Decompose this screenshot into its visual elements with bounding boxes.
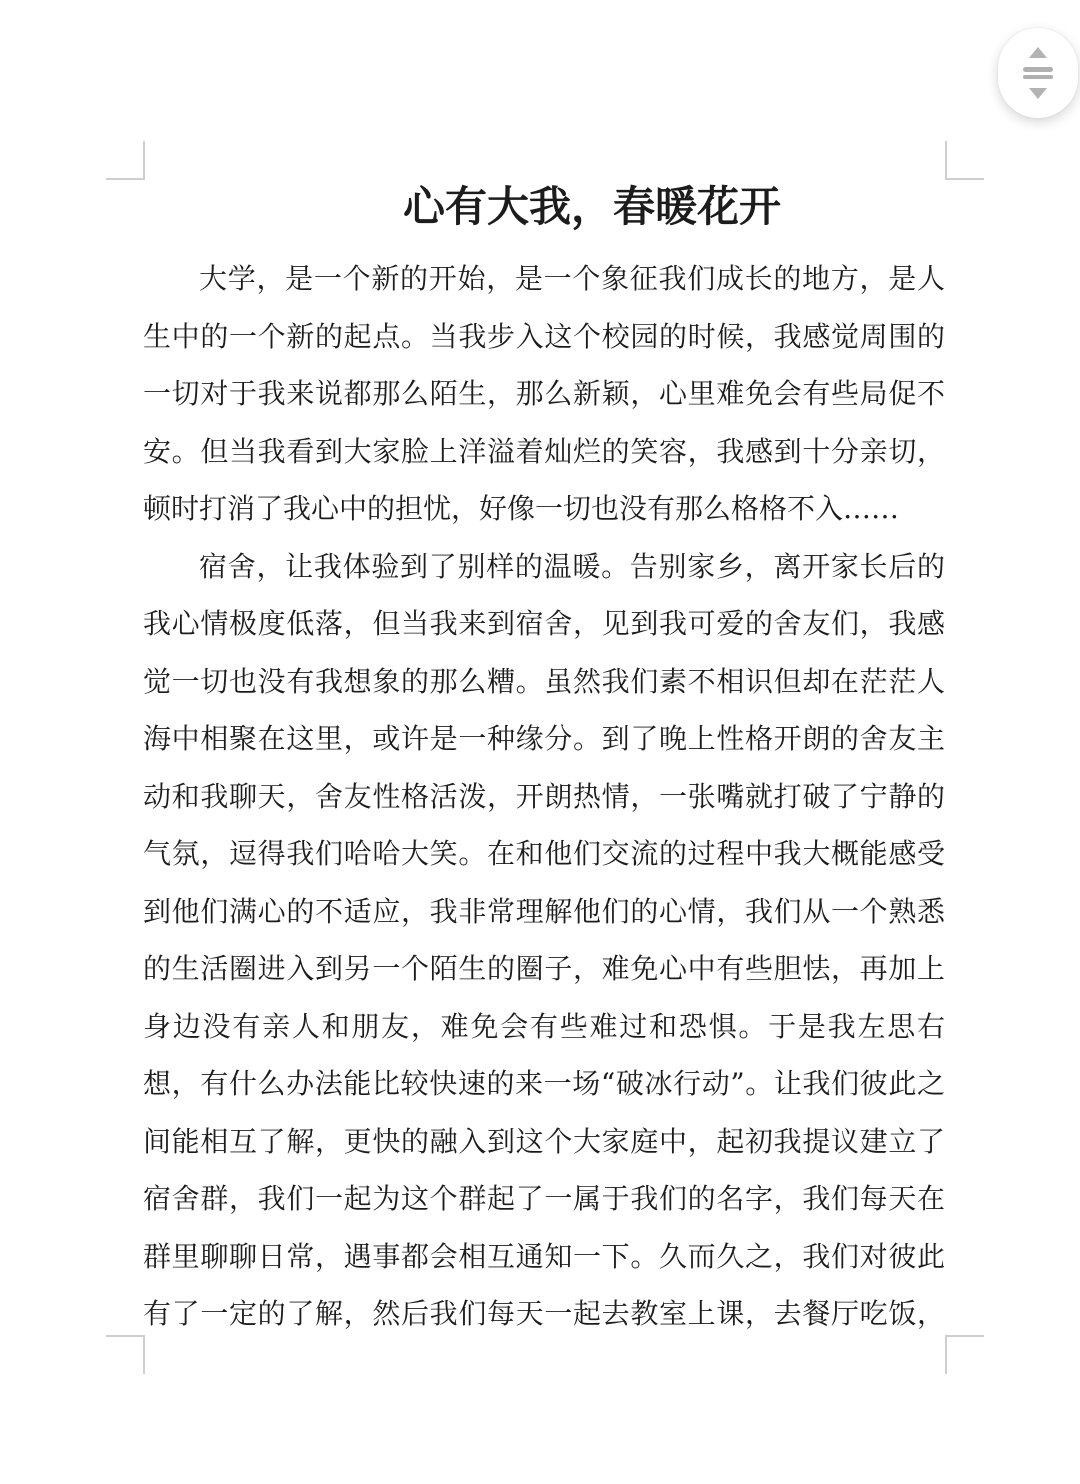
text-line: 动和我聊天，舍友性格活泼，开朗热情，一张嘴就打破了宁静的	[143, 768, 945, 826]
scroll-handle[interactable]	[998, 28, 1078, 118]
text-line: 想，有什么办法能比较快速的来一场“破冰行动”。让我们彼此之	[143, 1055, 945, 1113]
text-line: 一切对于我来说都那么陌生，那么新颖，心里难免会有些局促不	[143, 365, 945, 423]
text-line: 宿舍群，我们一起为这个群起了一属于我们的名字，我们每天在	[143, 1170, 945, 1228]
text-line: 生中的一个新的起点。当我步入这个校园的时候，我感觉周围的	[143, 308, 945, 366]
text-line: 宿舍，让我体验到了别样的温暖。告别家乡，离开家长后的	[143, 538, 945, 596]
text-line: 身边没有亲人和朋友，难免会有些难过和恐惧。于是我左思右	[143, 998, 945, 1056]
document-content: 心有大我，春暖花开 大学，是一个新的开始，是一个象征我们成长的地方，是人生中的一…	[143, 178, 945, 1343]
text-line: 海中相聚在这里，或许是一种缘分。到了晚上性格开朗的舍友主	[143, 710, 945, 768]
document-title: 心有大我，春暖花开	[191, 178, 993, 236]
text-line: 安。但当我看到大家脸上洋溢着灿烂的笑容，我感到十分亲切，	[143, 423, 945, 481]
text-line: 气氛，逗得我们哈哈大笑。在和他们交流的过程中我大概能感受	[143, 825, 945, 883]
crop-mark-top-left	[106, 141, 145, 180]
document-body: 大学，是一个新的开始，是一个象征我们成长的地方，是人生中的一个新的起点。当我步入…	[143, 250, 945, 1343]
text-line: 我心情极度低落，但当我来到宿舍，见到我可爱的舍友们，我感	[143, 595, 945, 653]
text-line: 间能相互了解，更快的融入到这个大家庭中，起初我提议建立了	[143, 1113, 945, 1171]
triangle-up-icon[interactable]	[1029, 47, 1047, 58]
crop-mark-bottom-right	[945, 1335, 984, 1374]
triangle-down-icon[interactable]	[1029, 88, 1047, 99]
document-page: 心有大我，春暖花开 大学，是一个新的开始，是一个象征我们成长的地方，是人生中的一…	[0, 0, 1080, 1484]
text-line: 到他们满心的不适应，我非常理解他们的心情，我们从一个熟悉	[143, 883, 945, 941]
text-line: 群里聊聊日常，遇事都会相互通知一下。久而久之，我们对彼此	[143, 1228, 945, 1286]
text-line: 大学，是一个新的开始，是一个象征我们成长的地方，是人	[143, 250, 945, 308]
text-line: 顿时打消了我心中的担忧，好像一切也没有那么格格不入……	[143, 480, 945, 538]
text-line: 的生活圈进入到另一个陌生的圈子，难免心中有些胆怯，再加上	[143, 940, 945, 998]
text-line: 有了一定的了解，然后我们每天一起去教室上课，去餐厅吃饭，	[143, 1285, 945, 1343]
crop-mark-bottom-left	[106, 1335, 145, 1374]
crop-mark-top-right	[945, 141, 984, 180]
drag-bars-icon[interactable]	[1023, 64, 1053, 82]
text-line: 觉一切也没有我想象的那么糟。虽然我们素不相识但却在茫茫人	[143, 653, 945, 711]
